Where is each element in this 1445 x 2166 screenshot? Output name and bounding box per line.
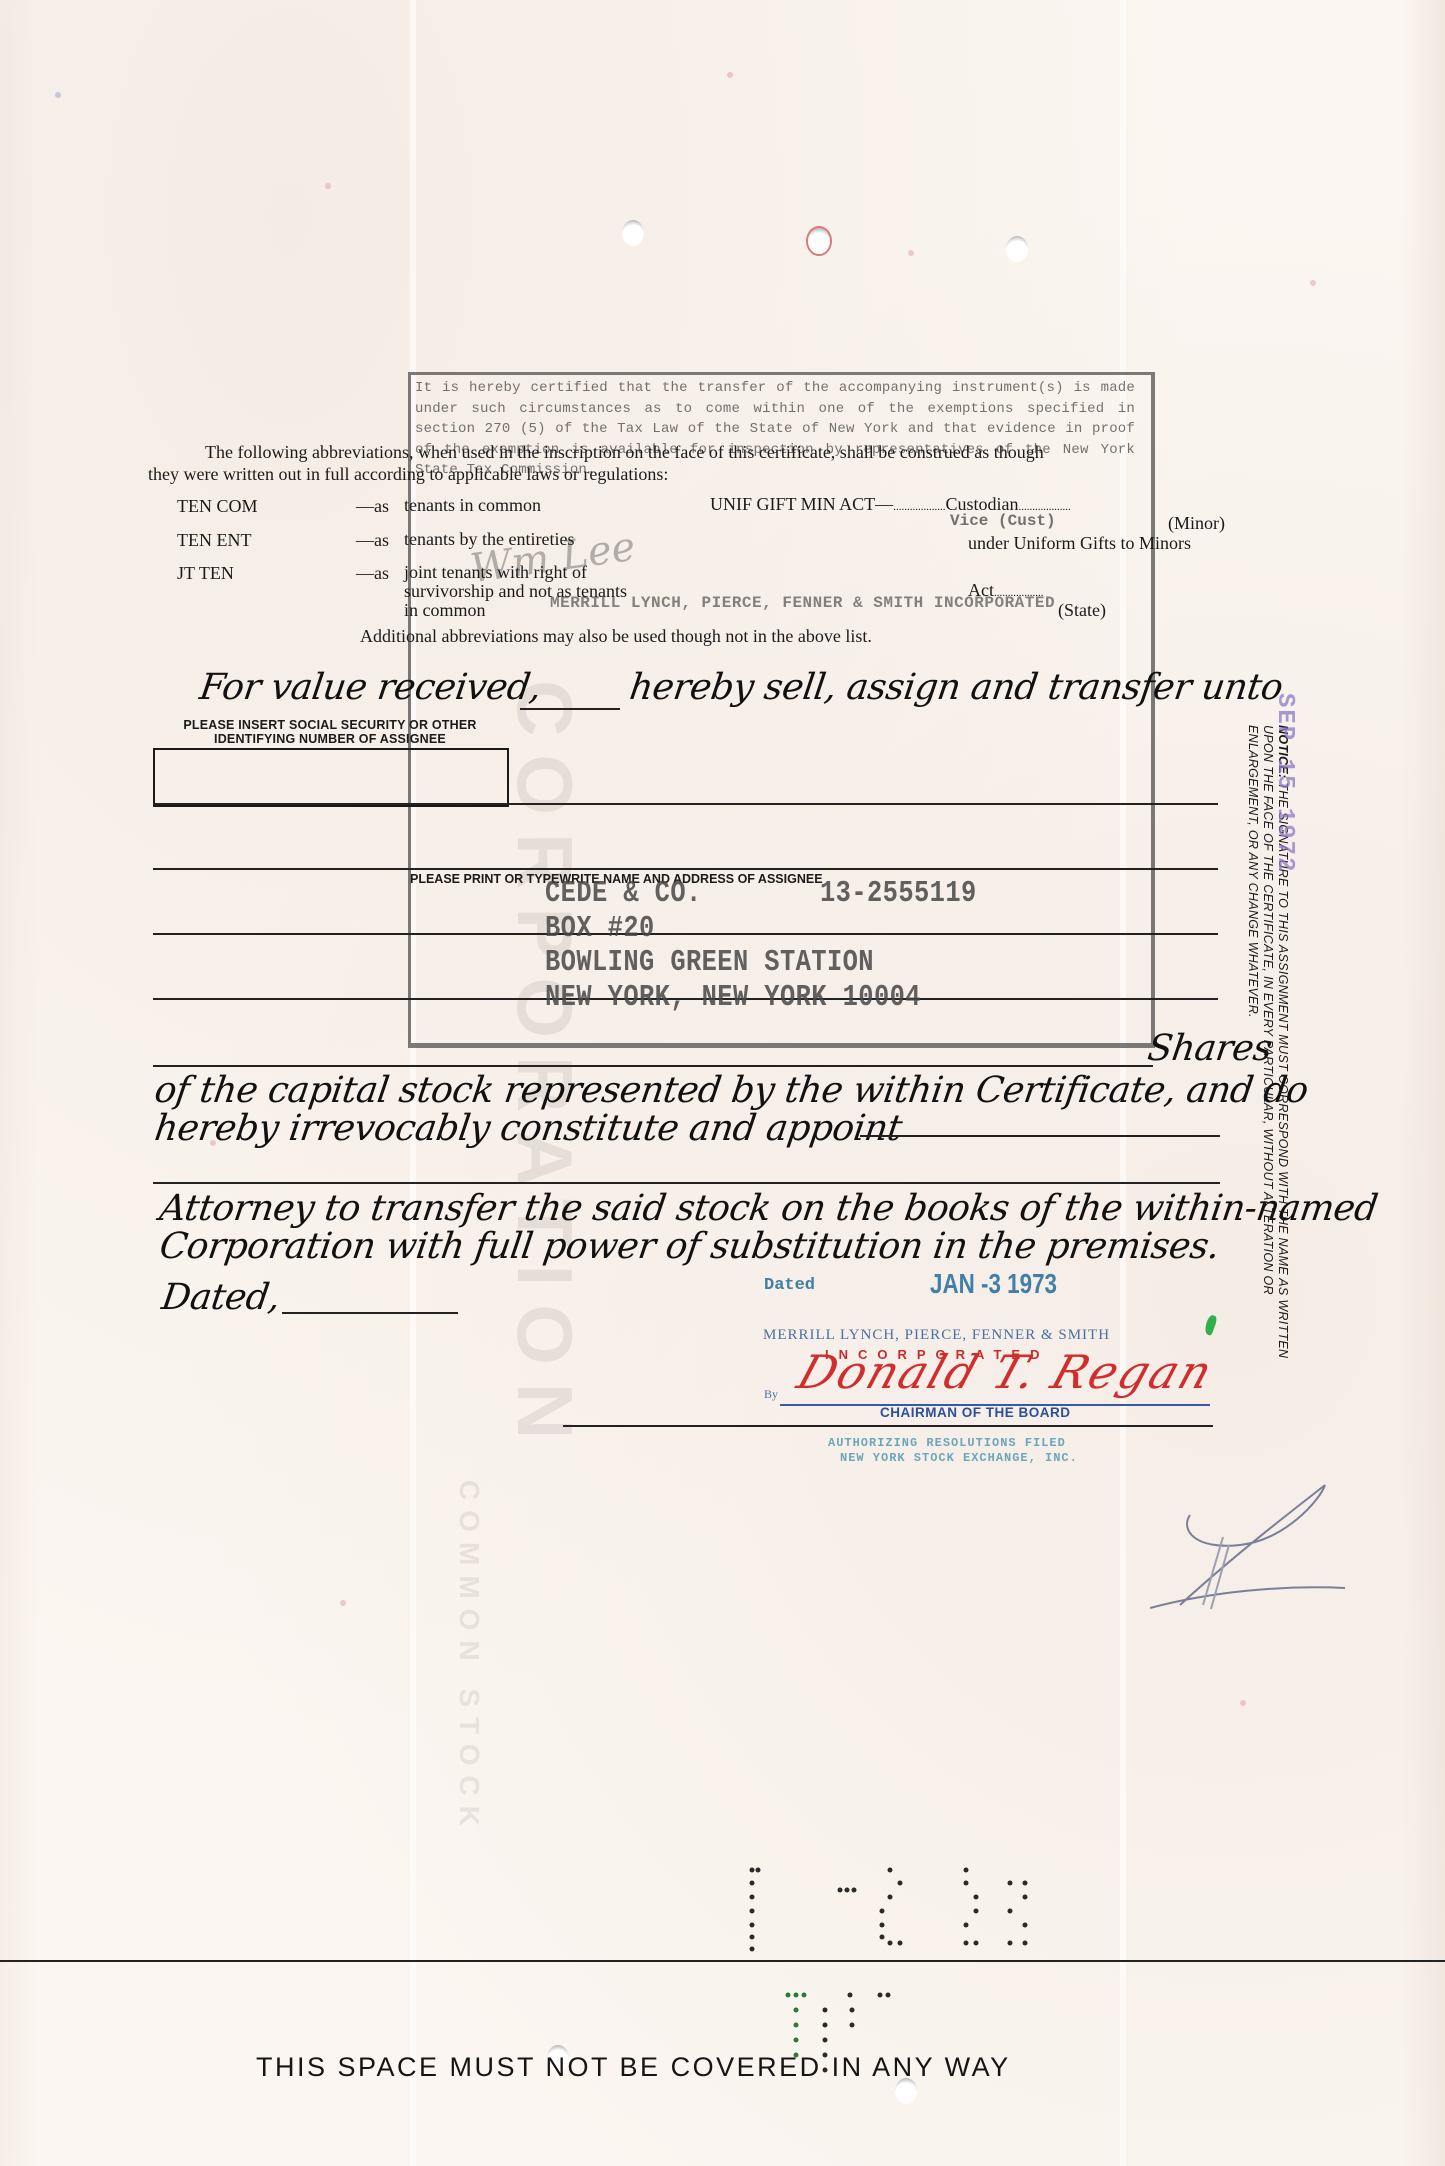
pencil-stroke [1195, 1535, 1235, 1615]
capital-stock-text: of the capital stock represented by the … [152, 1070, 1310, 1111]
guarantee-signature: Donald T. Regan [791, 1345, 1220, 1399]
unif-act-label: Act.................. [968, 580, 1044, 601]
resolutions-line1: AUTHORIZING RESOLUTIONS FILED [828, 1436, 1066, 1450]
shares-blank-line[interactable] [153, 1065, 1153, 1067]
attorney-name-line[interactable] [860, 1135, 1220, 1137]
resolutions-line2: NEW YORK STOCK EXCHANGE, INC. [840, 1451, 1078, 1465]
guarantee-divider [563, 1425, 1213, 1427]
assignee-address-line3: BOWLING GREEN STATION [545, 945, 874, 980]
assignee-name: CEDE & CO. [545, 876, 702, 911]
abbreviations-intro-line1: The following abbreviations, when used i… [148, 441, 1288, 463]
perforation-number-lower [780, 1990, 1060, 2100]
abbreviation-code: JT TEN [177, 563, 234, 584]
footer-divider [0, 1960, 1445, 1962]
perforation-number-upper [740, 1865, 1060, 1955]
assignor-blank-line[interactable] [520, 708, 620, 710]
abbreviations-intro-line2: they were written out in full according … [148, 464, 668, 484]
paper-speck [1310, 280, 1316, 286]
assignee-address-line4: NEW YORK, NEW YORK 10004 [545, 980, 921, 1015]
guarantee-title: CHAIRMAN OF THE BOARD [880, 1405, 1071, 1420]
abbreviation-dash: —as [356, 563, 389, 584]
attorney-text: Attorney to transfer the said stock on t… [157, 1188, 1380, 1229]
unif-minor-label: (Minor) [1168, 513, 1225, 534]
received-date-stamp: SEP 15 1972 [1271, 693, 1298, 873]
paper-speck [340, 1600, 346, 1606]
unif-state-label: (State) [1058, 600, 1106, 621]
abbreviation-code: TEN COM [177, 496, 258, 517]
abbreviation-description: tenants by the entireties [404, 530, 574, 549]
ssn-label: PLEASE INSERT SOCIAL SECURITY OR OTHER I… [150, 718, 510, 746]
attorney-name-line-2[interactable] [153, 1182, 1220, 1184]
assignee-tax-id: 13-2555119 [820, 876, 977, 911]
abbreviations-intro: The following abbreviations, when used i… [148, 441, 1288, 485]
punch-hole [1006, 236, 1028, 262]
additional-abbreviations-note: Additional abbreviations may also be use… [360, 626, 872, 647]
punch-hole [808, 228, 830, 254]
assignee-line-1[interactable] [153, 803, 1218, 805]
do-not-cover-warning: THIS SPACE MUST NOT BE COVERED IN ANY WA… [256, 2052, 1011, 2083]
guarantee-date: JAN -3 1973 [930, 1268, 1057, 1300]
ghost-common-stock-text: COMMON STOCK [453, 1480, 485, 1836]
guarantee-firm: MERRILL LYNCH, PIERCE, FENNER & SMITH [763, 1327, 1110, 1344]
paper-speck [55, 92, 61, 98]
for-value-received-text: For value received, [197, 667, 543, 708]
paper-speck [727, 72, 733, 78]
pencil-mark [1150, 1460, 1350, 1610]
paper-speck [908, 250, 914, 256]
abbreviation-description: joint tenants with right of survivorship… [404, 563, 627, 620]
hereby-appoint-text: hereby irrevocably constitute and appoin… [152, 1108, 904, 1149]
paper-speck [1240, 1700, 1246, 1706]
assignee-address-line2: BOX #20 [545, 911, 655, 946]
unif-under-label: under Uniform Gifts to Minors [968, 533, 1191, 554]
ssn-input-box[interactable] [153, 748, 509, 807]
dated-label: Dated, [159, 1277, 282, 1318]
abbreviation-dash: —as [356, 530, 389, 551]
stamp-vice-cust: Vice (Cust) [950, 512, 1056, 530]
assignee-line-3[interactable] [153, 933, 1218, 935]
guarantee-by-label: By [764, 1387, 778, 1402]
dated-blank-line[interactable] [282, 1312, 458, 1314]
abbreviation-dash: —as [356, 496, 389, 517]
corporation-text: Corporation with full power of substitut… [157, 1226, 1222, 1267]
hereby-sell-text: hereby sell, assign and transfer unto [627, 667, 1285, 708]
abbreviation-description: tenants in common [404, 496, 541, 515]
abbreviation-code: TEN ENT [177, 530, 251, 551]
guarantee-dated-label: Dated [764, 1276, 815, 1295]
assignee-line-2[interactable] [153, 868, 1218, 870]
paper-speck [325, 183, 331, 189]
punch-hole [622, 220, 644, 246]
